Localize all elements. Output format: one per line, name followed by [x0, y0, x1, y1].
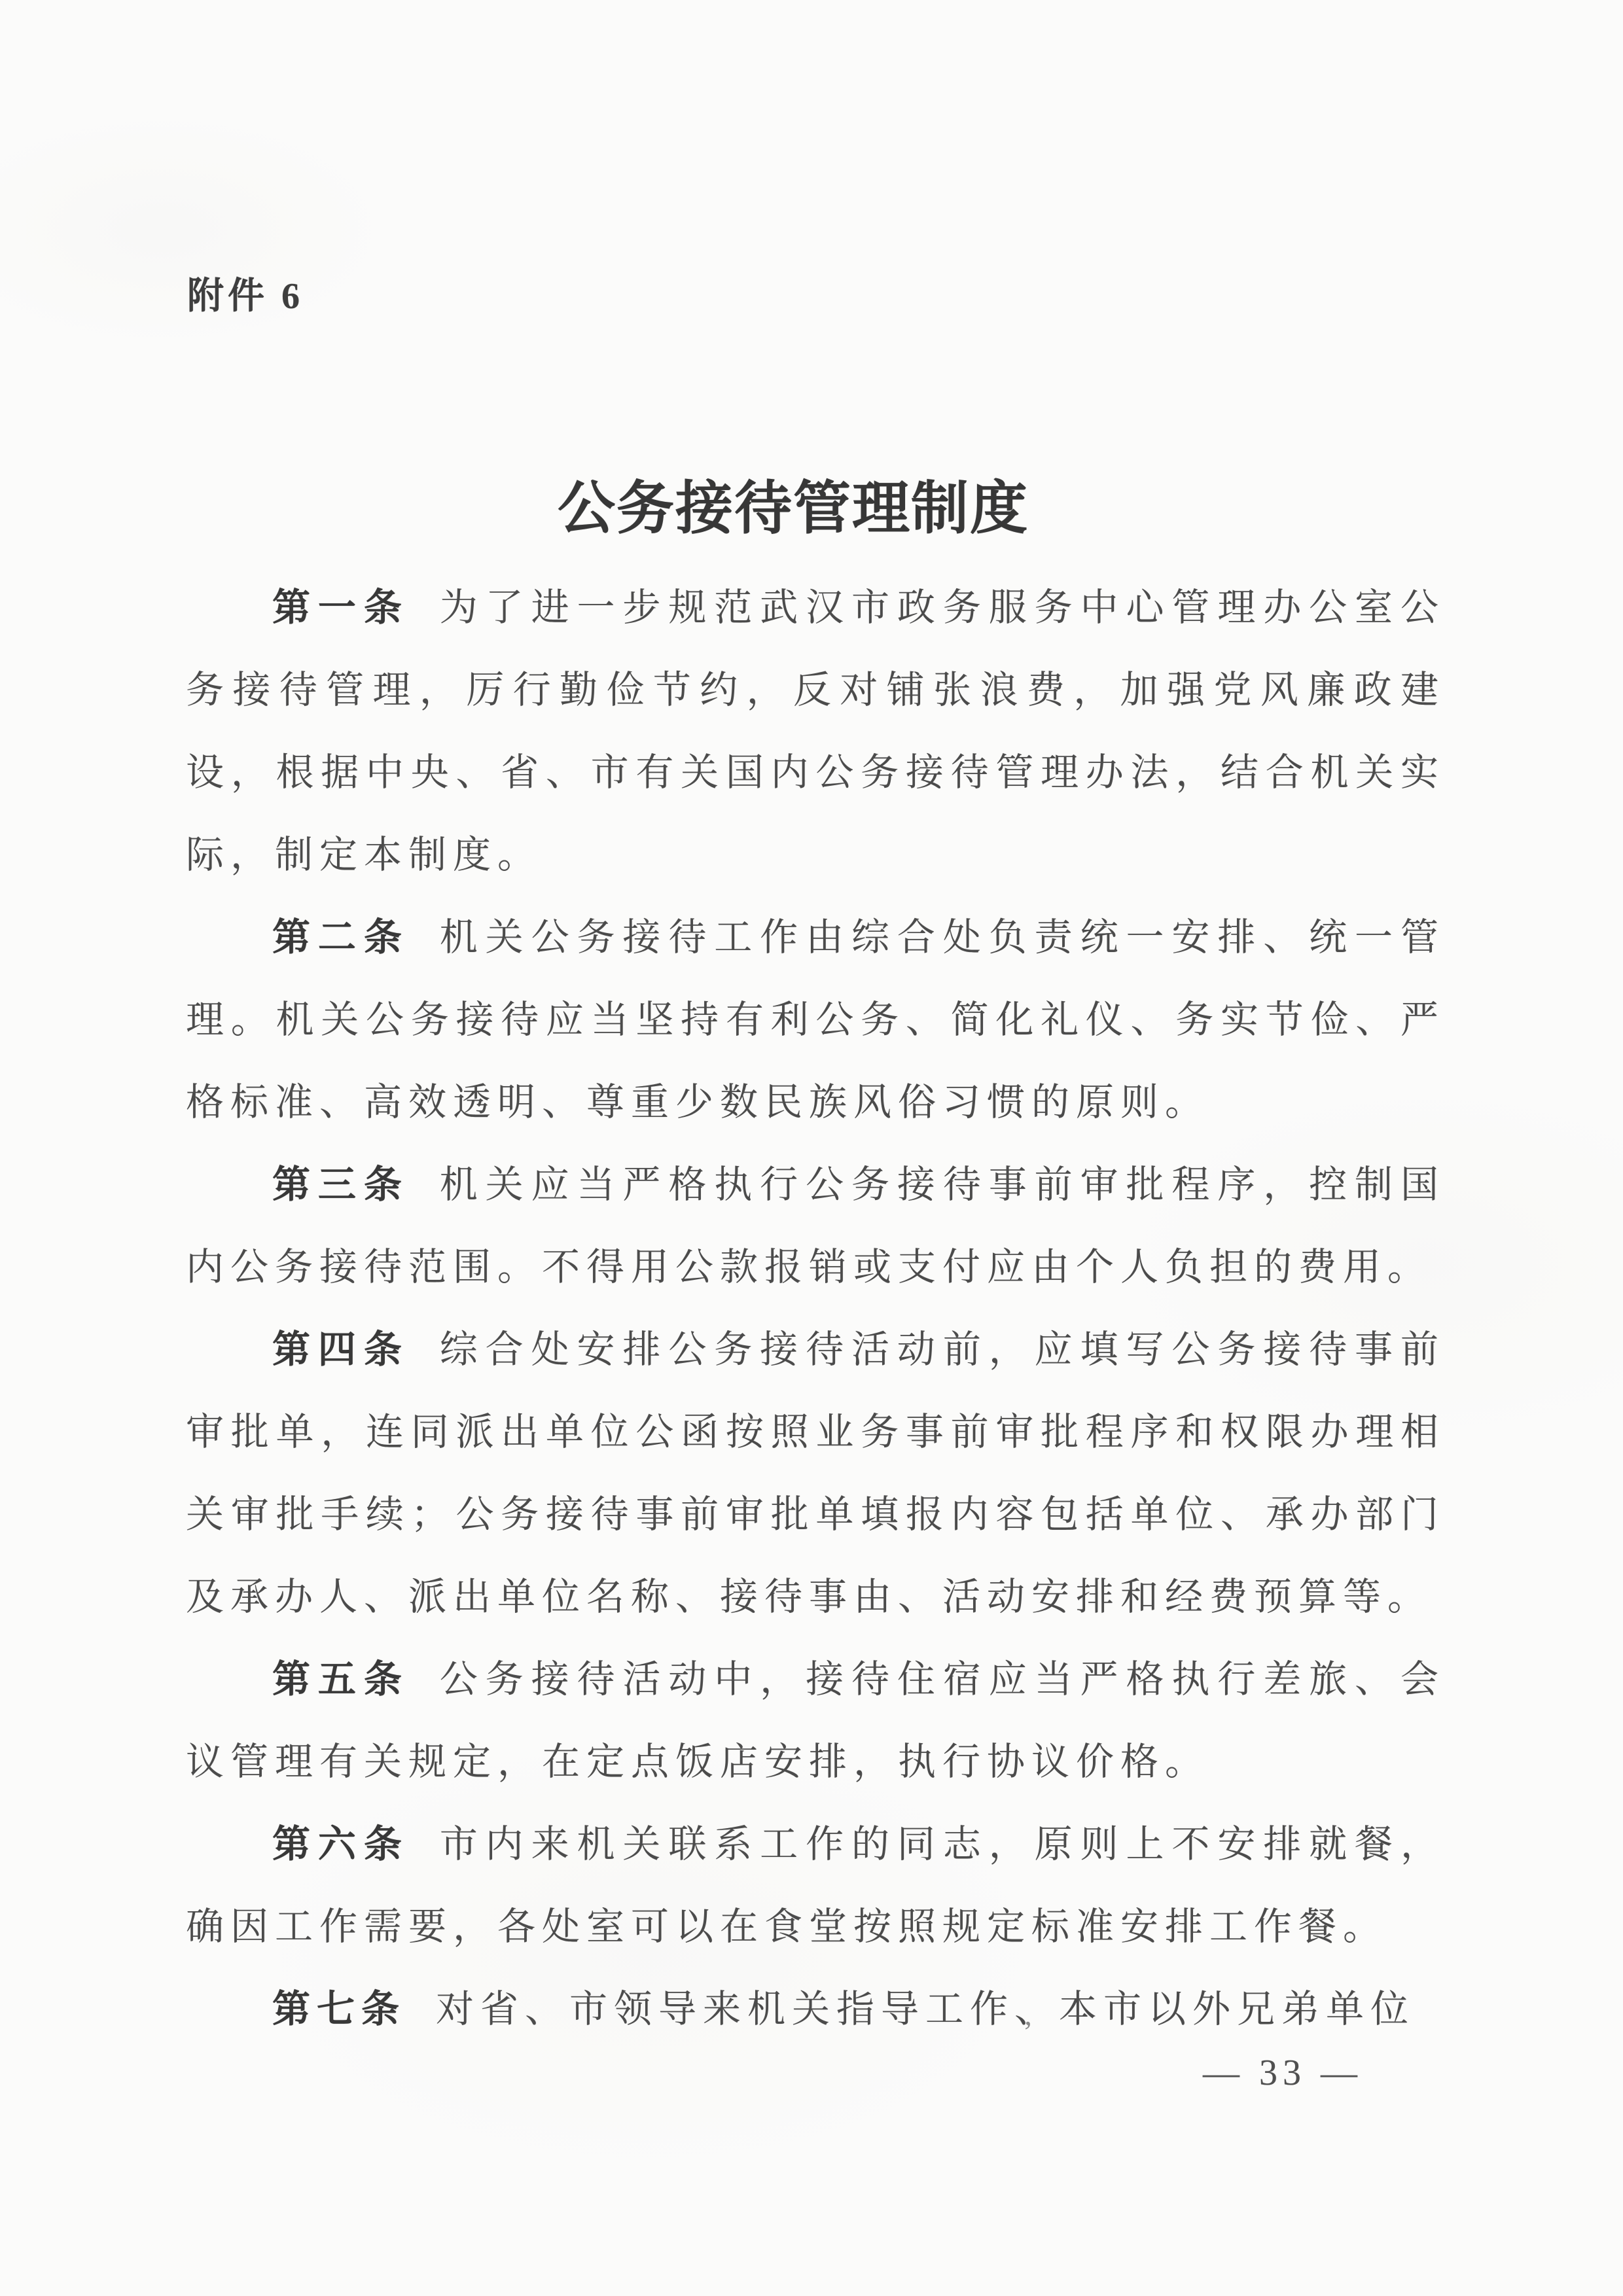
article-number: 第六条	[272, 1823, 410, 1865]
article-paragraph: 第四条综合处安排公务接待活动前，应填写公务接待事前审批单，连同派出单位公函按照业…	[186, 1309, 1445, 1638]
article-paragraph: 第三条机关应当严格执行公务接待事前审批程序，控制国内公务接待范围。不得用公款报销…	[186, 1144, 1445, 1309]
article-text: 为了进一步规范武汉市政务服务中心管理办公室公务接待管理，厉行勤俭节约，反对铺张浪…	[186, 586, 1445, 876]
article-paragraph: 第七条对省、市领导来机关指导工作、本市以外兄弟单位	[186, 1968, 1445, 2051]
document-title: 公务接待管理制度	[0, 463, 1605, 545]
document-body: 第一条为了进一步规范武汉市政务服务中心管理办公室公务接待管理，厉行勤俭节约，反对…	[186, 567, 1445, 2051]
article-number: 第三条	[272, 1163, 410, 1206]
article-number: 第五条	[272, 1658, 410, 1701]
article-paragraph: 第二条机关公务接待工作由综合处负责统一安排、统一管理。机关公务接待应当坚持有利公…	[186, 896, 1445, 1144]
scanned-document-page: 附件 6 公务接待管理制度 第一条为了进一步规范武汉市政务服务中心管理办公室公务…	[0, 0, 1623, 2296]
article-paragraph: 第六条市内来机关联系工作的同志，原则上不安排就餐，确因工作需要，各处室可以在食堂…	[186, 1803, 1445, 1968]
scan-artifact-mark: ’	[1023, 2014, 1033, 2049]
article-number: 第二条	[272, 916, 410, 959]
attachment-label: 附件 6	[187, 267, 304, 319]
article-text: 对省、市领导来机关指导工作、本市以外兄弟单位	[436, 1988, 1415, 2030]
page-number: — 33 —	[1203, 2052, 1363, 2094]
article-text: 综合处安排公务接待活动前，应填写公务接待事前审批单，连同派出单位公函按照业务事前…	[186, 1328, 1445, 1618]
article-paragraph: 第五条公务接待活动中，接待住宿应当严格执行差旅、会议管理有关规定，在定点饭店安排…	[186, 1638, 1445, 1803]
article-paragraph: 第一条为了进一步规范武汉市政务服务中心管理办公室公务接待管理，厉行勤俭节约，反对…	[186, 567, 1445, 896]
article-number: 第一条	[272, 586, 410, 629]
article-number: 第四条	[272, 1328, 410, 1371]
article-number: 第七条	[272, 1988, 406, 2030]
